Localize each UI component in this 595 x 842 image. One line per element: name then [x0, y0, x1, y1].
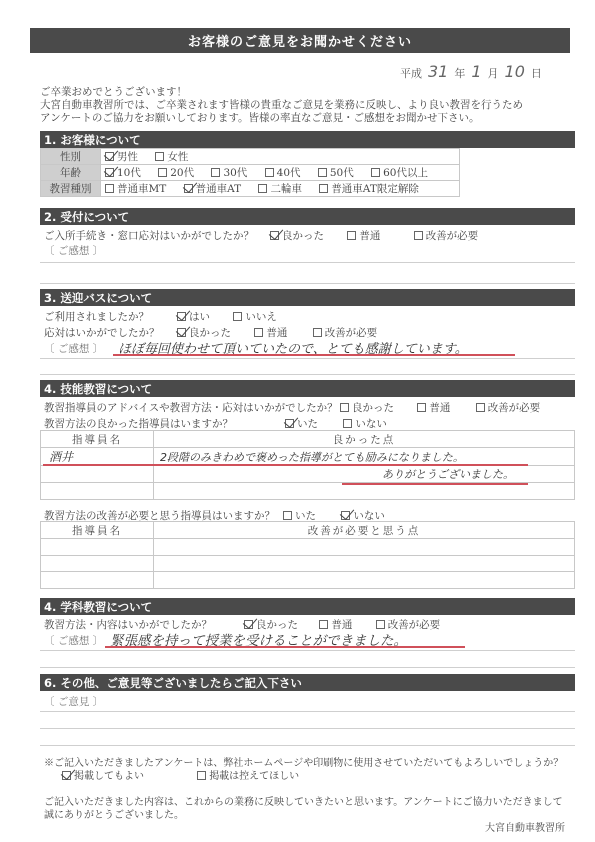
checkbox-icon[interactable] [313, 328, 322, 337]
consent-question: ※ご記入いただきましたアンケートは、弊社ホームページや印刷物に使用させていただい… [44, 757, 563, 770]
course-mt-option[interactable]: 普通車MT [105, 183, 166, 195]
checkbox-checked-icon[interactable] [105, 152, 114, 161]
good-points-cell[interactable]: 2段階のみきわめで褒めった指導がとても励みになりました。 [154, 448, 575, 466]
age-40s-option[interactable]: 40代 [265, 167, 301, 179]
improve-instructor-table: 指導員名 改善が必要と思う点 [40, 521, 575, 589]
classroom-comment-line-1[interactable] [40, 650, 575, 651]
checkbox-icon[interactable] [254, 328, 263, 337]
reception-good-option[interactable]: 良かった [270, 230, 324, 242]
course-at-limit-removal-option[interactable]: 普通車AT限定解除 [319, 183, 419, 195]
instructor-name-header: 指導員名 [41, 431, 154, 448]
bus-comment-label: 〔 ご感想 〕 [44, 341, 103, 356]
instructor-name-cell[interactable] [41, 539, 154, 556]
intro-text: ご卒業おめでとうございます！ 大宮自動車教習所では、ご卒業されます皆様の貴重なご… [40, 86, 580, 125]
checkbox-checked-icon[interactable] [270, 231, 279, 240]
course-type-label: 教習種別 [41, 181, 101, 197]
form-title: お客様のご意見をお聞かせください [30, 28, 570, 53]
section-1-heading: 1. お客様について [40, 131, 575, 148]
closing-line-1: ご記入いただきました内容は、これからの業務に反映していきたいと思います。アンケー… [44, 796, 563, 809]
date-month[interactable]: 1 [471, 62, 481, 81]
improve-points-header: 改善が必要と思う点 [154, 522, 575, 539]
section-5-heading: 4. 学科教習について [40, 598, 575, 615]
checkbox-icon[interactable] [155, 152, 164, 161]
red-underline [113, 354, 515, 356]
instructor-advice-options: 良かった 普通 改善が必要 [340, 400, 540, 415]
checkbox-icon[interactable] [347, 231, 356, 240]
bus-comment-line-1[interactable] [40, 358, 575, 359]
instructor-name-cell[interactable]: 酒井 [41, 448, 154, 466]
consent-decline-option[interactable]: 掲載は控えてほしい [197, 771, 299, 782]
intro-line-3: アンケートのご協力をお願いしております。皆様の率直なご意見・ご感想をお聞かせ下さ… [40, 112, 580, 125]
intro-line-2: 大宮自動車教習所では、ご卒業されます皆様の貴重なご意見を業務に反映し、より良い教… [40, 99, 580, 112]
school-signature: 大宮自動車教習所 [485, 822, 565, 835]
other-comment-line-2[interactable] [40, 728, 575, 729]
checkbox-icon[interactable] [371, 168, 380, 177]
checkbox-checked-icon[interactable] [177, 328, 186, 337]
good-points-header: 良かった点 [154, 431, 575, 448]
checkbox-icon[interactable] [343, 419, 352, 428]
instructor-advice-good-option[interactable]: 良かった [340, 402, 394, 414]
instructor-name-header: 指導員名 [41, 522, 154, 539]
other-comment-line-3[interactable] [40, 745, 575, 746]
table-row: ありがとうございました。 [41, 466, 575, 483]
table-row [41, 572, 575, 589]
consent-options: 掲載してもよい 掲載は控えてほしい [62, 770, 299, 783]
good-instructor-yes-option[interactable]: いた [285, 418, 318, 430]
age-60s-option[interactable]: 60代以上 [371, 167, 428, 179]
red-underline [43, 464, 528, 466]
other-comment-line-1[interactable] [40, 711, 575, 712]
consent-allow-option[interactable]: 掲載してもよい [62, 771, 144, 782]
closing-line-2: 誠にありがとうございました。 [44, 809, 184, 822]
gender-female-option[interactable]: 女性 [155, 151, 188, 163]
age-50s-option[interactable]: 50代 [318, 167, 354, 179]
checkbox-icon[interactable] [417, 403, 426, 412]
bus-usage-no-option[interactable]: いいえ [233, 311, 277, 323]
course-motorcycle-option[interactable]: 二輪車 [258, 183, 302, 195]
age-label: 年齢 [41, 165, 101, 181]
bus-usage-yes-option[interactable]: はい [177, 311, 210, 323]
checkbox-icon[interactable] [340, 403, 349, 412]
checkbox-checked-icon[interactable] [341, 511, 350, 520]
improve-points-cell[interactable] [154, 555, 575, 572]
instructor-name-cell[interactable] [41, 483, 154, 500]
red-underline [342, 483, 528, 485]
reception-comment-line-1[interactable] [40, 262, 575, 263]
checkbox-checked-icon[interactable] [184, 184, 193, 193]
checkbox-icon[interactable] [258, 184, 267, 193]
bus-usage-question: ご利用されましたか？ [44, 309, 149, 324]
checkbox-icon[interactable] [197, 771, 206, 780]
checkbox-icon[interactable] [233, 312, 242, 321]
checkbox-icon[interactable] [105, 184, 114, 193]
customer-info-table: 性別 男性 女性 年齢 10代 20代 30代 40代 50代 60代以上 教習… [40, 148, 460, 197]
section-4-heading: 4. 技能教習について [40, 380, 575, 397]
instructor-advice-normal-option[interactable]: 普通 [417, 402, 450, 414]
checkbox-checked-icon[interactable] [285, 419, 294, 428]
improve-points-cell[interactable] [154, 539, 575, 556]
section-6-heading: 6. その他、ご意見等ございましたらご記入下さい [40, 674, 575, 691]
instructor-name-cell[interactable] [41, 572, 154, 589]
classroom-comment-label: 〔 ご感想 〕 [44, 633, 103, 648]
date-year-unit: 年 [454, 67, 465, 80]
instructor-name-cell[interactable] [41, 466, 154, 483]
section-2-heading: 2. 受付について [40, 208, 575, 225]
age-row: 年齢 10代 20代 30代 40代 50代 60代以上 [41, 165, 460, 181]
improve-points-cell[interactable] [154, 572, 575, 589]
checkbox-icon[interactable] [158, 168, 167, 177]
date-era: 平成 [400, 67, 422, 80]
bus-comment-line-2[interactable] [40, 374, 575, 375]
intro-line-1: ご卒業おめでとうございます！ [40, 86, 580, 99]
date-day-unit: 日 [531, 67, 542, 80]
good-instructor-question: 教習方法の良かった指導員はいますか？ [44, 416, 233, 431]
table-row [41, 555, 575, 572]
gender-row: 性別 男性 女性 [41, 149, 460, 165]
reception-options: 良かった 普通 改善が必要 [270, 228, 478, 243]
good-instructor-options: いた いない [285, 416, 387, 431]
instructor-advice-improve-option[interactable]: 改善が必要 [476, 402, 541, 414]
checkbox-checked-icon[interactable] [177, 312, 186, 321]
checkbox-icon[interactable] [376, 620, 385, 629]
checkbox-icon[interactable] [319, 620, 328, 629]
checkbox-icon[interactable] [283, 511, 292, 520]
date-field: 平成31年1月10日 [400, 62, 542, 81]
checkbox-icon[interactable] [318, 168, 327, 177]
course-type-row: 教習種別 普通車MT 普通車AT 二輪車 普通車AT限定解除 [41, 181, 460, 197]
classroom-comment-line-2[interactable] [40, 667, 575, 668]
section-3-heading: 3. 送迎バスについて [40, 289, 575, 306]
other-comment-label: 〔 ご意見 〕 [44, 694, 103, 709]
course-at-option[interactable]: 普通車AT [184, 183, 242, 195]
reception-normal-option[interactable]: 普通 [347, 230, 380, 242]
checkbox-icon[interactable] [319, 184, 328, 193]
table-row [41, 539, 575, 556]
reception-question: ご入所手続き・窓口応対はいかがでしたか？ [44, 228, 254, 243]
checkbox-icon[interactable] [414, 231, 423, 240]
checkbox-icon[interactable] [211, 168, 220, 177]
age-10s-option[interactable]: 10代 [105, 167, 141, 179]
checkbox-checked-icon[interactable] [62, 771, 71, 780]
age-30s-option[interactable]: 30代 [211, 167, 247, 179]
gender-label: 性別 [41, 149, 101, 165]
reception-comment-label: 〔 ご感想 〕 [44, 243, 103, 258]
age-20s-option[interactable]: 20代 [158, 167, 194, 179]
date-day[interactable]: 10 [505, 62, 525, 81]
bus-usage-options: はい いいえ [177, 309, 277, 324]
instructor-advice-question: 教習指導員のアドバイスや教習方法・応対はいかがでしたか？ [44, 400, 338, 415]
gender-male-option[interactable]: 男性 [105, 151, 138, 163]
date-year[interactable]: 31 [428, 62, 448, 81]
table-row: 酒井 2段階のみきわめで褒めった指導がとても励みになりました。 [41, 448, 575, 466]
checkbox-checked-icon[interactable] [105, 168, 114, 177]
checkbox-icon[interactable] [265, 168, 274, 177]
checkbox-icon[interactable] [476, 403, 485, 412]
good-instructor-no-option[interactable]: いない [343, 418, 387, 430]
good-points-cell[interactable]: ありがとうございました。 [154, 466, 575, 483]
reception-improve-option[interactable]: 改善が必要 [414, 230, 479, 242]
reception-comment-line-2[interactable] [40, 283, 575, 284]
checkbox-checked-icon[interactable] [244, 620, 253, 629]
red-underline [105, 646, 465, 648]
date-month-unit: 月 [488, 67, 499, 80]
instructor-name-cell[interactable] [41, 555, 154, 572]
